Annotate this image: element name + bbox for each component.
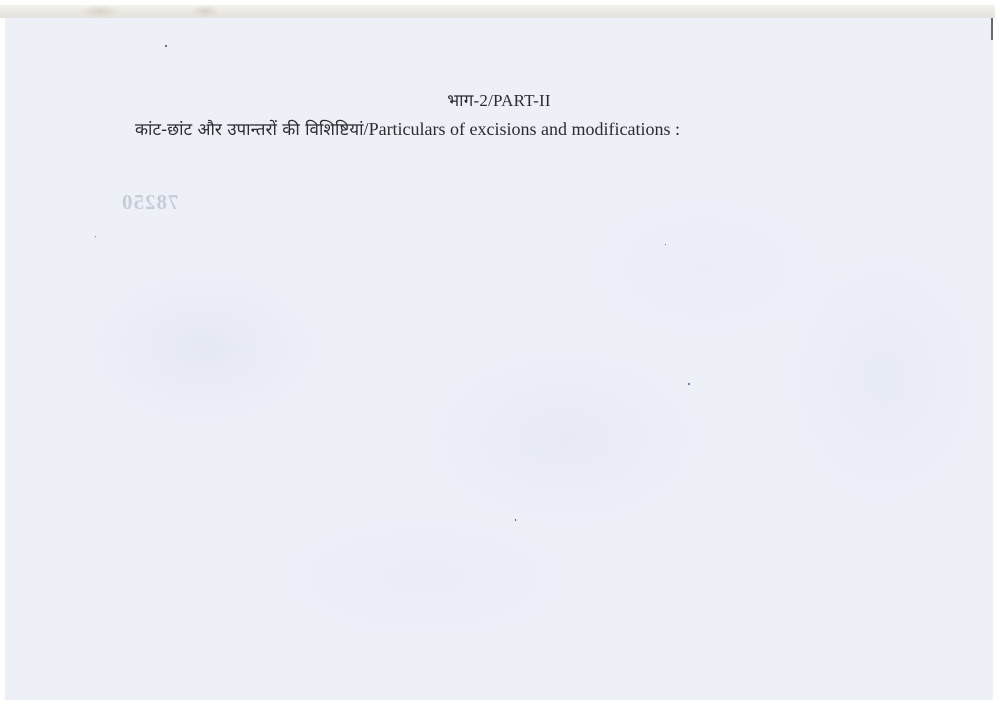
dust-speck [515,519,516,521]
dust-speck [665,244,666,245]
page-edge-mark [991,18,993,40]
dust-speck [688,383,690,385]
section-title-english: Particulars of excisions and modificatio… [369,119,680,139]
dust-speck [165,45,167,47]
part-heading: भाग-2/PART-II [5,88,993,111]
dust-speck [95,236,96,237]
bleed-through-number: 78250 [121,190,179,215]
document-sheet: भाग-2/PART-II कांट-छांट और उपान्तरों की … [5,18,993,700]
section-title: कांट-छांट और उपान्तरों की विशिष्टियां/Pa… [135,117,835,140]
scan-top-edge [0,5,995,18]
scanned-page: भाग-2/PART-II कांट-छांट और उपान्तरों की … [0,0,1000,707]
smudge-mark [80,5,120,18]
smudge-mark [190,5,220,18]
section-title-hindi: कांट-छांट और उपान्तरों की विशिष्टियां [135,120,364,140]
